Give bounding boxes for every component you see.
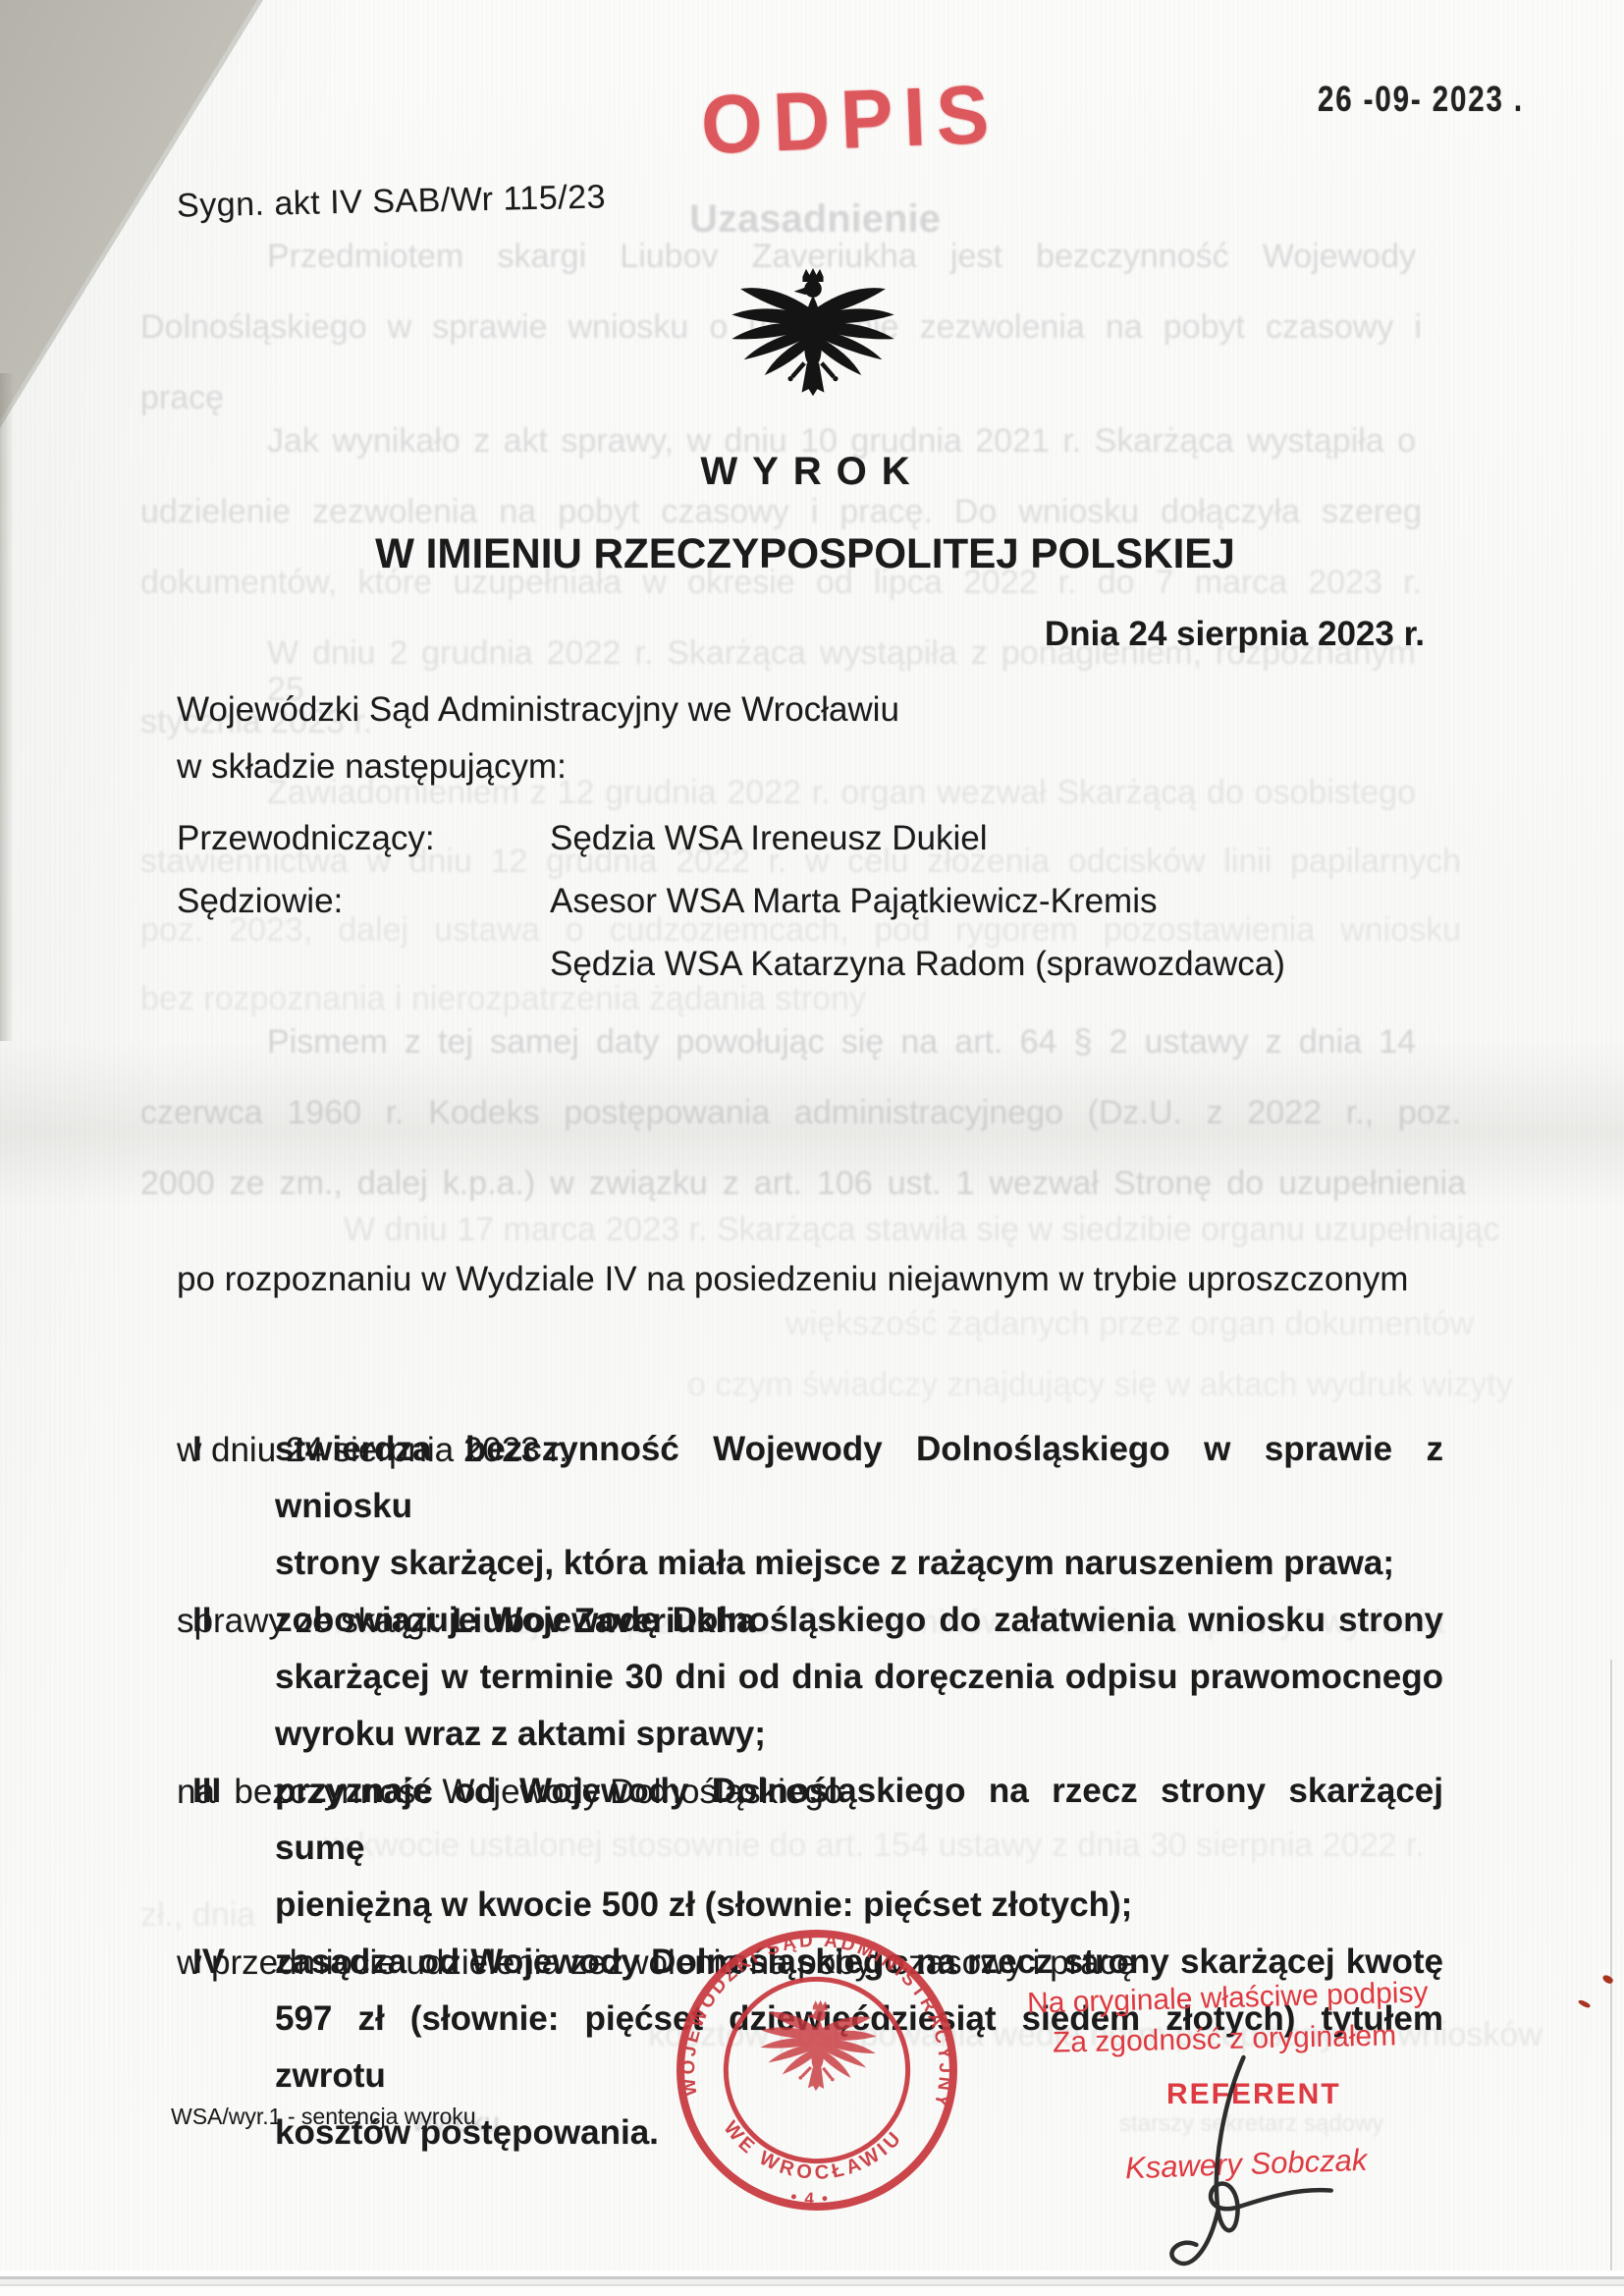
ruling-item-1: I stwierdza bezczynność Wojewody Dolnośl… (177, 1421, 1443, 1592)
presiding-label: Przewodniczący: (177, 807, 550, 870)
ruling-text-line: strony skarżącej, która miała miejsce z … (275, 1535, 1443, 1592)
judge-name: Asesor WSA Marta Pajątkiewicz-Kremis (550, 870, 1492, 933)
presiding-judge-row: Przewodniczący: Sędzia WSA Ireneusz Duki… (177, 807, 1492, 870)
court-judgment-scan-page: UzasadnieniePrzedmiotem skargi Liubov Za… (0, 0, 1624, 2296)
judge-name: Sędzia WSA Katarzyna Radom (sprawozdawca… (550, 933, 1492, 996)
bleedthrough-line: Uzasadnienie (550, 197, 1080, 241)
ruling-numeral: I (177, 1421, 275, 1592)
date-received-stamp: 26 -09- 2023 . (1318, 79, 1524, 120)
ruling-numeral: III (177, 1763, 275, 1934)
case-number: Sygn. akt IV SAB/Wr 115/23 (177, 178, 607, 225)
bleedthrough-line: pracę (140, 380, 356, 416)
round-court-seal-stamp-icon: WOJEWÓDZKI SĄD ADMINISTRACYJNY WE WROCŁA… (666, 1919, 969, 2222)
seal-number: • 4 • (789, 2187, 832, 2210)
ruling-text-line: pieniężną w kwocie 500 zł (słownie: pięć… (275, 1877, 1443, 1934)
panel-composition: Przewodniczący: Sędzia WSA Ireneusz Duki… (177, 807, 1492, 996)
ruling-text-line: skarżącej w terminie 30 dni od dnia dorę… (275, 1649, 1443, 1706)
bleedthrough-line: Pismem z tej samej daty powołując się na… (267, 1024, 1416, 1061)
svg-text:• 4 •: • 4 • (789, 2187, 832, 2210)
judges-label: Sędziowie: (177, 870, 550, 933)
judge-label-empty (177, 933, 550, 996)
red-ink-speck (1578, 1998, 1592, 2009)
ruling-text-line: zobowiązuje Wojewodę Dolnośląskiego do z… (275, 1592, 1443, 1649)
recital-line: po rozpoznaniu w Wydziale IV na posiedze… (177, 1251, 1463, 1308)
seal-eagle-icon (758, 1997, 878, 2094)
ruling-numeral: II (177, 1592, 275, 1763)
panel-intro: w składzie następującym: (177, 738, 1453, 795)
ruling-item-3: III przyznaje od Wojewody Dolnośląskiego… (177, 1763, 1443, 1934)
judgment-title: WYROK (0, 450, 1610, 494)
ruling-text-line: stwierdza bezczynność Wojewody Dolnośląs… (275, 1421, 1443, 1535)
judges-row: Sędziowie: Asesor WSA Marta Pajątkiewicz… (177, 870, 1492, 933)
scan-edge-lines (0, 2270, 1624, 2296)
bleedthrough-line: czerwca 1960 r. Kodeks postępowania admi… (140, 1095, 1461, 1131)
judgment-date-line: Dnia 24 sierpnia 2023 r. (0, 615, 1425, 654)
ruling-text-line: wyroku wraz z aktami sprawy; (275, 1706, 1443, 1763)
court-name-block: Wojewódzki Sąd Administracyjny we Wrocła… (177, 682, 1453, 795)
court-name: Wojewódzki Sąd Administracyjny we Wrocła… (177, 682, 1453, 738)
ruling-item-2: II zobowiązuje Wojewodę Dolnośląskiego d… (177, 1592, 1443, 1763)
bleedthrough-line: udzielenie zezwolenia na pobyt czasowy i… (140, 494, 1422, 530)
judgment-subtitle: W IMIENIU RZECZYPOSPOLITEJ POLSKIEJ (16, 530, 1594, 578)
red-ink-speck (1601, 1973, 1614, 1985)
ruling-text-line: przyznaje od Wojewody Dolnośląskiego na … (275, 1763, 1443, 1877)
odpis-copy-stamp: ODPIS (699, 67, 1001, 173)
handwritten-signature-icon (1080, 2042, 1377, 2282)
presiding-name: Sędzia WSA Ireneusz Dukiel (550, 807, 1492, 870)
judge-row: Sędzia WSA Katarzyna Radom (sprawozdawca… (177, 933, 1492, 996)
polish-eagle-emblem-icon (727, 263, 899, 416)
form-code-footer: WSA/wyr.1 - sentencja wyroku (171, 2104, 476, 2130)
